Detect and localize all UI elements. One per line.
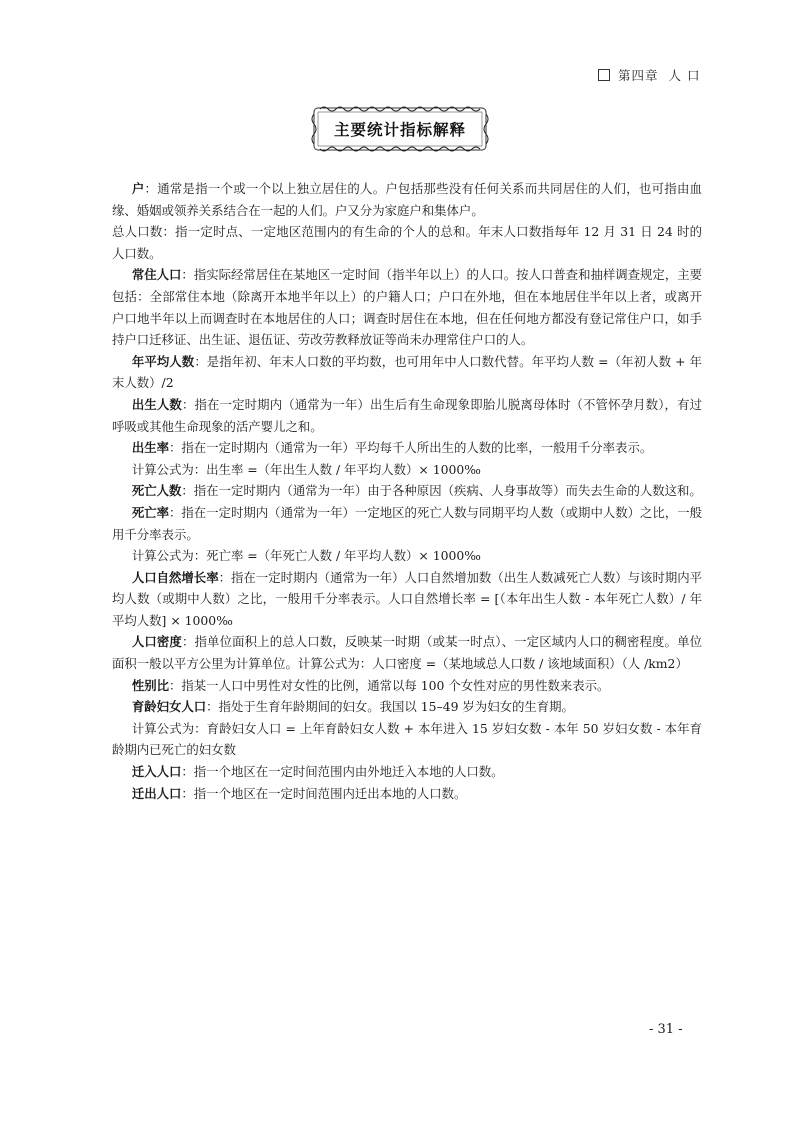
formula-paragraph: 计算公式为：育龄妇女人口 = 上年育龄妇女人数 + 本年进入 15 岁妇女数 -… — [112, 718, 702, 761]
definition-term: 育龄妇女人口 — [132, 699, 206, 714]
definition-paragraph: 户：通常是指一个或一个以上独立居住的人。户包括那些没有任何关系而共同居住的人们，… — [112, 178, 702, 221]
definition-text: ：指一个地区在一定时间范围内迁出本地的人口数。 — [181, 786, 466, 801]
definition-paragraph: 人口密度：指单位面积上的总人口数，反映某一时期（或某一时点）、一定区域内人口的稠… — [112, 631, 702, 674]
section-title-frame: 主要统计指标解释 — [310, 104, 490, 154]
definitions-body: 户：通常是指一个或一个以上独立居住的人。户包括那些没有任何关系而共同居住的人们，… — [112, 178, 702, 804]
definition-term: 死亡率 — [132, 505, 169, 520]
definition-text: ：是指年初、年末人口数的平均数，也可用年中人口数代替。年平均人数 =（年初人数 … — [112, 354, 702, 391]
definition-text: ：通常是指一个或一个以上独立居住的人。户包括那些没有任何关系而共同居住的人们，也… — [112, 181, 702, 218]
definition-text: ：指在一定时期内（通常为一年）一定地区的死亡人数与同期平均人数（或期中人数）之比… — [112, 505, 702, 542]
chapter-title: 人 口 — [669, 68, 701, 83]
definition-term: 死亡人数 — [132, 483, 182, 498]
definition-text: ：指单位面积上的总人口数，反映某一时期（或某一时点）、一定区域内人口的稠密程度。… — [112, 634, 702, 671]
definition-paragraph: 性别比：指某一人口中男性对女性的比例，通常以每 100 个女性对应的男性数来表示… — [112, 675, 702, 697]
definition-text: ：指某一人口中男性对女性的比例，通常以每 100 个女性对应的男性数来表示。 — [169, 678, 609, 693]
formula-text: 计算公式为：出生率 =（年出生人数 / 年平均人数）× 1000‰ — [132, 462, 481, 477]
page-number: - 31 - — [649, 1022, 683, 1037]
definition-paragraph: 出生人数：指在一定时期内（通常为一年）出生后有生命现象即胎儿脱离母体时（不管怀孕… — [112, 394, 702, 437]
definition-paragraph: 死亡率：指在一定时期内（通常为一年）一定地区的死亡人数与同期平均人数（或期中人数… — [112, 502, 702, 545]
formula-paragraph: 计算公式为：死亡率 =（年死亡人数 / 年平均人数）× 1000‰ — [112, 545, 702, 567]
definition-term: 常住人口 — [132, 267, 182, 282]
definition-text: ：指一个地区在一定时间范围内由外地迁入本地的人口数。 — [181, 764, 503, 779]
definition-term: 出生人数 — [132, 397, 182, 412]
definition-paragraph: 死亡人数：指在一定时期内（通常为一年）由于各种原因（疾病、人身事故等）而失去生命… — [112, 480, 702, 502]
section-title: 主要统计指标解释 — [310, 118, 490, 140]
definition-term: 户 — [132, 181, 145, 196]
definition-paragraph: 出生率：指在一定时期内（通常为一年）平均每千人所出生的人数的比率，一般用千分率表… — [112, 437, 702, 459]
definition-term: 迁出人口 — [132, 786, 182, 801]
definition-term: 迁入人口 — [132, 764, 182, 779]
definition-text: ：指在一定时期内（通常为一年）出生后有生命现象即胎儿脱离母体时（不管怀孕月数），… — [112, 397, 702, 434]
definition-paragraph: 年平均人数：是指年初、年末人口数的平均数，也可用年中人口数代替。年平均人数 =（… — [112, 351, 702, 394]
formula-text: 计算公式为：死亡率 =（年死亡人数 / 年平均人数）× 1000‰ — [132, 548, 481, 563]
formula-text: 计算公式为：育龄妇女人口 = 上年育龄妇女人数 + 本年进入 15 岁妇女数 -… — [112, 721, 702, 758]
running-head: 第四章人 口 — [598, 66, 701, 84]
formula-paragraph: 计算公式为：出生率 =（年出生人数 / 年平均人数）× 1000‰ — [112, 459, 702, 481]
chapter-label: 第四章 — [618, 68, 659, 83]
definition-text: 总人口数：指一定时点、一定地区范围内的有生命的个人的总和。年末人口数指每年 12… — [112, 224, 702, 261]
definition-term: 年平均人数 — [132, 354, 194, 369]
definition-paragraph: 总人口数：指一定时点、一定地区范围内的有生命的个人的总和。年末人口数指每年 12… — [112, 221, 702, 264]
definition-text: ：指在一定时期内（通常为一年）由于各种原因（疾病、人身事故等）而失去生命的人数这… — [181, 483, 701, 498]
definition-text: ：指实际经常居住在某地区一定时间（指半年以上）的人口。按人口普查和抽样调查规定，… — [112, 267, 702, 347]
definition-text: ：指在一定时期内（通常为一年）平均每千人所出生的人数的比率，一般用千分率表示。 — [169, 440, 652, 455]
definition-paragraph: 迁入人口：指一个地区在一定时间范围内由外地迁入本地的人口数。 — [112, 761, 702, 783]
definition-term: 人口自然增长率 — [132, 570, 219, 585]
definition-paragraph: 育龄妇女人口：指处于生育年龄期间的妇女。我国以 15–49 岁为妇女的生育期。 — [112, 696, 702, 718]
definition-text: ：指处于生育年龄期间的妇女。我国以 15–49 岁为妇女的生育期。 — [206, 699, 574, 714]
square-bullet-icon — [598, 69, 610, 81]
definition-term: 出生率 — [132, 440, 169, 455]
definition-paragraph: 常住人口：指实际经常居住在某地区一定时间（指半年以上）的人口。按人口普查和抽样调… — [112, 264, 702, 350]
definition-paragraph: 人口自然增长率：指在一定时期内（通常为一年）人口自然增加数（出生人数减死亡人数）… — [112, 567, 702, 632]
definition-term: 人口密度 — [132, 634, 182, 649]
definition-term: 性别比 — [132, 678, 169, 693]
definition-paragraph: 迁出人口：指一个地区在一定时间范围内迁出本地的人口数。 — [112, 783, 702, 805]
